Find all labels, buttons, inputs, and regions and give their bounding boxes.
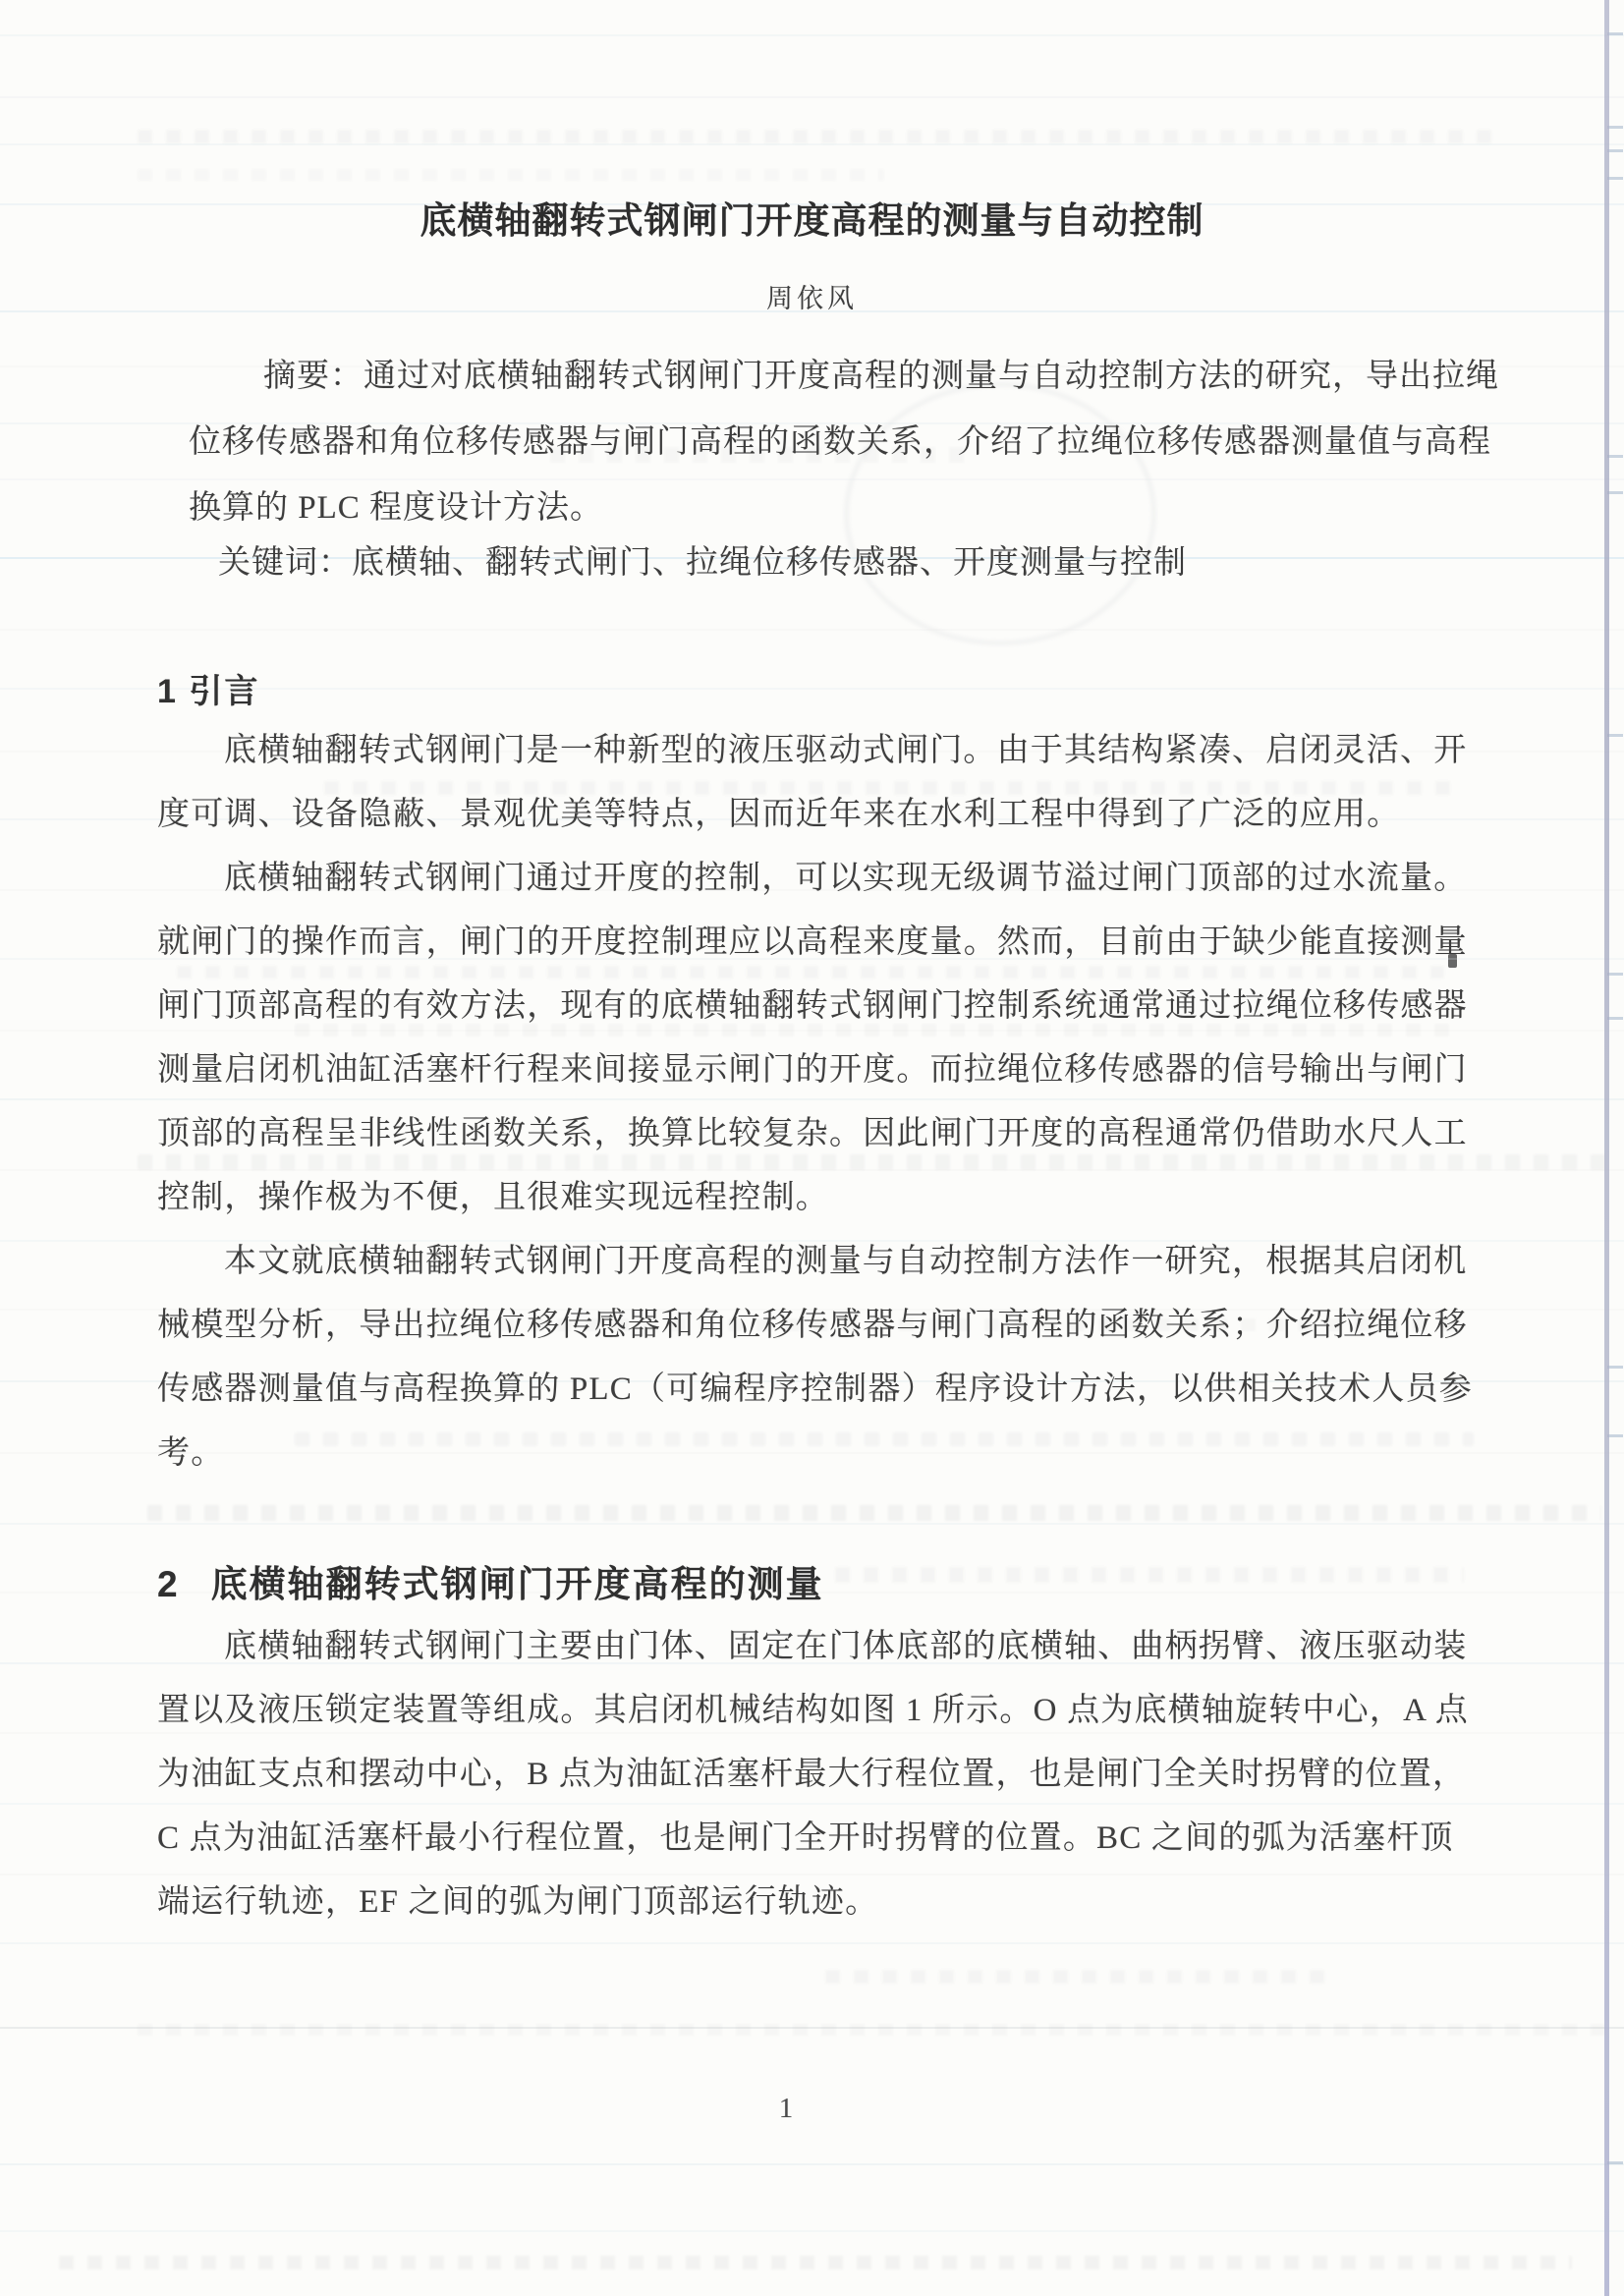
page-content: 底横轴翻转式钢闸门开度高程的测量与自动控制 周依风 摘要：通过对底横轴翻转式钢闸… bbox=[0, 0, 1624, 2296]
text-line: 考。 bbox=[157, 1422, 1484, 1485]
text-line: 置以及液压锁定装置等组成。其启闭机械结构如图 1 所示。O 点为底横轴旋转中心，… bbox=[157, 1679, 1484, 1743]
section2-heading-number: 2 bbox=[157, 1564, 180, 1604]
text-line: 底横轴翻转式钢闸门通过开度的控制，可以实现无级调节溢过闸门顶部的过水流量。 bbox=[157, 847, 1484, 911]
text-line: 就闸门的操作而言，闸门的开度控制理应以高程来度量。然而，目前由于缺少能直接测量 bbox=[157, 911, 1484, 975]
text-line: C 点为油缸活塞杆最小行程位置，也是闸门全开时拐臂的位置。BC 之间的弧为活塞杆… bbox=[157, 1807, 1484, 1871]
section2-heading: 2底横轴翻转式钢闸门开度高程的测量 bbox=[157, 1554, 824, 1607]
author-name: 周依风 bbox=[0, 277, 1624, 315]
section2-body: 底横轴翻转式钢闸门主要由门体、固定在门体底部的底横轴、曲柄拐臂、液压驱动装 置以… bbox=[157, 1615, 1484, 1934]
text-line: 为油缸支点和摆动中心，B 点为油缸活塞杆最大行程位置，也是闸门全关时拐臂的位置， bbox=[157, 1743, 1484, 1807]
abstract-line: 摘要：通过对底横轴翻转式钢闸门开度高程的测量与自动控制方法的研究，导出拉绳 bbox=[189, 344, 1505, 410]
text-line: 度可调、设备隐蔽、景观优美等特点，因而近年来在水利工程中得到了广泛的应用。 bbox=[157, 783, 1484, 847]
text-line: 底横轴翻转式钢闸门主要由门体、固定在门体底部的底横轴、曲柄拐臂、液压驱动装 bbox=[157, 1615, 1484, 1679]
text-line: 械模型分析，导出拉绳位移传感器和角位移传感器与闸门高程的函数关系；介绍拉绳位移 bbox=[157, 1294, 1484, 1358]
abstract-paragraph: 摘要：通过对底横轴翻转式钢闸门开度高程的测量与自动控制方法的研究，导出拉绳 位移… bbox=[189, 344, 1505, 541]
text-line: 端运行轨迹，EF 之间的弧为闸门顶部运行轨迹。 bbox=[157, 1871, 1484, 1934]
text-line: 顶部的高程呈非线性函数关系，换算比较复杂。因此闸门开度的高程通常仍借助水尺人工 bbox=[157, 1102, 1484, 1166]
text-line: 控制，操作极为不便，且很难实现远程控制。 bbox=[157, 1166, 1484, 1230]
section1-heading: 1 引言 bbox=[157, 664, 259, 712]
text-line: 闸门顶部高程的有效方法，现有的底横轴翻转式钢闸门控制系统通常通过拉绳位移传感器 bbox=[157, 975, 1484, 1038]
text-line: 底横轴翻转式钢闸门是一种新型的液压驱动式闸门。由于其结构紧凑、启闭灵活、开 bbox=[157, 719, 1484, 783]
binding-edge-line bbox=[1604, 0, 1609, 2296]
text-line: 测量启闭机油缸活塞杆行程来间接显示闸门的开度。而拉绳位移传感器的信号输出与闸门 bbox=[157, 1038, 1484, 1102]
page-number: 1 bbox=[0, 2093, 1572, 2125]
keywords-line: 关键词：底横轴、翻转式闸门、拉绳位移传感器、开度测量与控制 bbox=[189, 531, 1505, 596]
paper-title: 底横轴翻转式钢闸门开度高程的测量与自动控制 bbox=[0, 191, 1624, 244]
section1-body: 底横轴翻转式钢闸门是一种新型的液压驱动式闸门。由于其结构紧凑、启闭灵活、开 度可… bbox=[157, 719, 1484, 1485]
abstract-line: 位移传感器和角位移传感器与闸门高程的函数关系，介绍了拉绳位移传感器测量值与高程 bbox=[189, 410, 1505, 476]
scanned-page: 底横轴翻转式钢闸门开度高程的测量与自动控制 周依风 摘要：通过对底横轴翻转式钢闸… bbox=[0, 0, 1624, 2296]
text-line: 传感器测量值与高程换算的 PLC（可编程序控制器）程序设计方法，以供相关技术人员… bbox=[157, 1358, 1484, 1422]
text-line: 本文就底横轴翻转式钢闸门开度高程的测量与自动控制方法作一研究，根据其启闭机 bbox=[157, 1230, 1484, 1294]
section2-heading-text: 底横轴翻转式钢闸门开度高程的测量 bbox=[211, 1564, 824, 1604]
